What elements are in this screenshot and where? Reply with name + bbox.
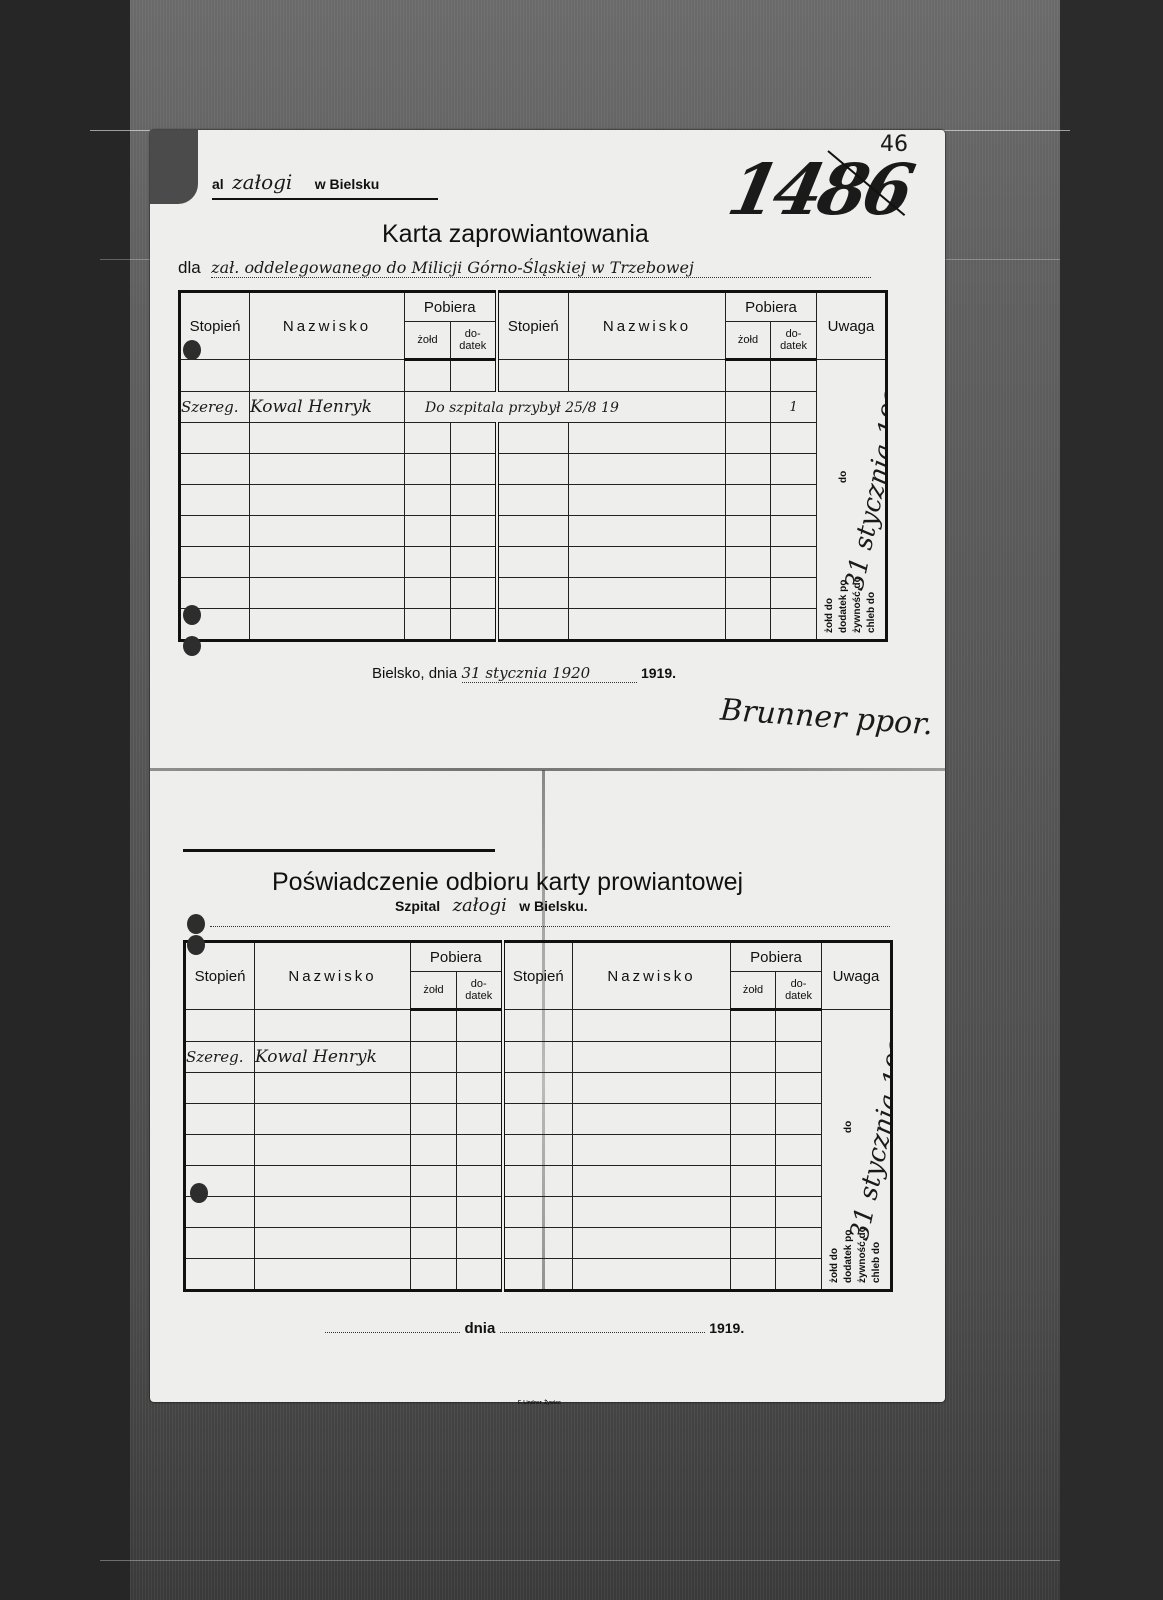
uwaga-label-zold: żołd do — [824, 598, 835, 633]
col-nazwisko-2: Nazwisko — [573, 942, 731, 1010]
col-zold: żołd — [411, 972, 457, 1010]
col-dodatek-2: do- datek — [776, 972, 822, 1010]
table-row — [180, 578, 887, 609]
uwaga-cell: żołd do dodatek po żywność do chleb do d… — [822, 1010, 892, 1291]
torn-corner — [150, 130, 198, 204]
date-line: Bielsko, dnia 31 stycznia 1920 1919. — [372, 664, 732, 684]
date-handwritten: 31 stycznia 1920 — [462, 664, 637, 683]
table-row — [180, 516, 887, 547]
table-row — [185, 1104, 892, 1135]
table-row — [180, 547, 887, 578]
col-zold-2: żołd — [726, 322, 771, 360]
dla-handwritten: zał. oddelegowanego do Milicji Górno-Ślą… — [211, 258, 871, 278]
entry-nazwisko: Kowal Henryk — [250, 392, 405, 423]
col-pobiera-2: Pobiera — [731, 942, 822, 972]
punch-hole — [187, 935, 205, 955]
punch-hole — [187, 914, 205, 934]
table-row: Szereg. Kowal Henryk — [185, 1042, 892, 1073]
receipt-date-label: dnia — [464, 1320, 495, 1337]
uwaga-label-chleb: chleb do — [871, 1242, 882, 1283]
receipt-title: Poświadczenie odbioru karty prowiantowej — [272, 868, 743, 897]
archive-number: 1486 — [721, 148, 917, 231]
col-pobiera-2: Pobiera — [726, 292, 817, 322]
receipt-subtitle: Szpital załogi w Bielsku. — [395, 895, 588, 916]
col-dodatek: do- datek — [457, 972, 503, 1010]
scanner-border-left — [0, 0, 130, 1600]
table-row — [185, 1135, 892, 1166]
entry-stopien: Szereg. — [185, 1042, 255, 1073]
unit-prefix: al — [212, 176, 224, 192]
punch-hole — [183, 636, 201, 656]
uwaga-printed-do: do — [838, 471, 849, 483]
col-stopien-2: Stopień — [503, 942, 573, 1010]
col-zold-2: żołd — [731, 972, 776, 1010]
table-row — [180, 609, 887, 641]
subtitle-prefix: Szpital — [395, 898, 440, 914]
printer-imprint: F. Lindner, Żywiec — [518, 1400, 561, 1406]
entry-stopien: Szereg. — [180, 392, 250, 423]
receipt-date-line: dnia 1919. — [325, 1320, 765, 1340]
col-nazwisko-2: Nazwisko — [569, 292, 726, 360]
entry-nazwisko: Kowal Henryk — [255, 1042, 411, 1073]
col-stopien-2: Stopień — [497, 292, 569, 360]
table-row — [185, 1166, 892, 1197]
punch-hole — [183, 340, 201, 360]
table-row — [185, 1259, 892, 1291]
receipt-date-year: 1919. — [709, 1320, 744, 1336]
punch-hole — [190, 1183, 208, 1203]
punch-hole — [183, 605, 201, 625]
uwaga-printed-do: do — [843, 1121, 854, 1133]
fold-crease-horizontal — [150, 768, 945, 771]
subtitle-suffix: w Bielsku. — [519, 898, 587, 914]
table-row — [180, 485, 887, 516]
subtitle-handwritten: załogi — [453, 895, 507, 916]
unit-suffix: w Bielsku — [315, 176, 380, 192]
table-row — [180, 454, 887, 485]
uwaga-label-zold: żołd do — [829, 1248, 840, 1283]
scan-artifact-line — [100, 1560, 1060, 1561]
dla-label: dla — [178, 258, 201, 277]
form-title: Karta zaprowiantowania — [382, 220, 649, 249]
entry-mark: 1 — [771, 392, 817, 423]
table-row — [185, 1228, 892, 1259]
col-pobiera: Pobiera — [411, 942, 503, 972]
dotted-line — [210, 925, 890, 927]
date-place-label: Bielsko, dnia — [372, 665, 457, 682]
uwaga-label-chleb: chleb do — [866, 592, 877, 633]
separator-line — [183, 849, 495, 852]
dla-line: dla zał. oddelegowanego do Milicji Górno… — [178, 258, 883, 280]
table-row: Szereg. Kowal Henryk Do szpitala przybył… — [180, 392, 887, 423]
col-pobiera: Pobiera — [405, 292, 497, 322]
unit-header: al załogi w Bielsku — [212, 170, 438, 200]
col-nazwisko: Nazwisko — [255, 942, 411, 1010]
col-uwaga: Uwaga — [822, 942, 892, 1010]
col-dodatek: do- datek — [451, 322, 497, 360]
uwaga-cell: żołd do dodatek po żywność do chleb do d… — [817, 360, 887, 641]
provisions-table: Stopień Nazwisko Pobiera Stopień Nazwisk… — [178, 290, 888, 642]
receipt-table: Stopień Nazwisko Pobiera Stopień Nazwisk… — [183, 940, 893, 1292]
scanner-border-right — [1060, 0, 1163, 1600]
table-row — [180, 423, 887, 454]
entry-note: Do szpitala przybył 25/8 19 — [405, 400, 619, 416]
table-row — [185, 1197, 892, 1228]
col-dodatek-2: do- datek — [771, 322, 817, 360]
table-row — [185, 1073, 892, 1104]
col-nazwisko: Nazwisko — [250, 292, 405, 360]
date-year-printed: 1919. — [641, 665, 676, 681]
col-uwaga: Uwaga — [817, 292, 887, 360]
col-zold: żołd — [405, 322, 451, 360]
unit-handwritten: załogi — [232, 170, 292, 194]
